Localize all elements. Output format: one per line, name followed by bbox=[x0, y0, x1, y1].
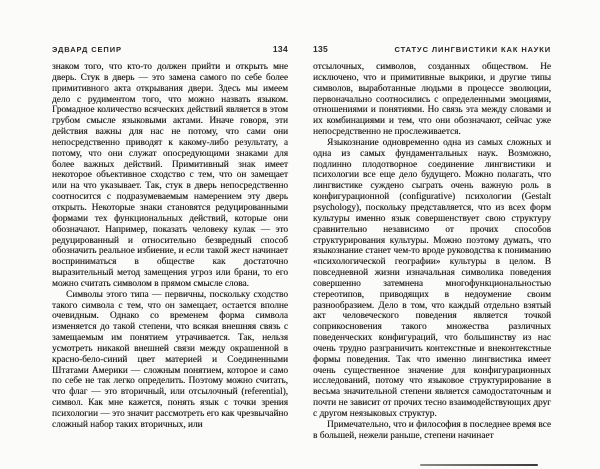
page-right: 135 СТАТУС ЛИНГВИСТИКИ КАК НАУКИ отсылоч… bbox=[313, 0, 551, 469]
text-column-left: знаком того, что кто-то должен прийти и … bbox=[52, 62, 288, 431]
book-spread: ЭДВАРД СЕПИР 134 знаком того, что кто-то… bbox=[0, 0, 600, 469]
text-column-right: отсылочных, символов, созданных общество… bbox=[313, 62, 551, 442]
paragraph: Языкознание одновременно одна из самых с… bbox=[313, 138, 551, 420]
page-left: ЭДВАРД СЕПИР 134 знаком того, что кто-то… bbox=[52, 0, 288, 469]
paragraph: Примечательно, что и философия в последн… bbox=[313, 420, 551, 442]
running-head-left: ЭДВАРД СЕПИР 134 bbox=[52, 44, 288, 54]
page-number-right: 135 bbox=[313, 44, 328, 54]
page-number-left: 134 bbox=[273, 44, 288, 54]
running-head-author: ЭДВАРД СЕПИР bbox=[52, 45, 122, 54]
paragraph: отсылочных, символов, созданных общество… bbox=[313, 62, 551, 138]
running-head-right: 135 СТАТУС ЛИНГВИСТИКИ КАК НАУКИ bbox=[313, 44, 551, 54]
running-head-chapter: СТАТУС ЛИНГВИСТИКИ КАК НАУКИ bbox=[394, 45, 551, 54]
scan-artifact-line bbox=[420, 464, 538, 466]
paragraph: знаком того, что кто-то должен прийти и … bbox=[52, 62, 288, 290]
paragraph: Символы этого типа — первичны, поскольку… bbox=[52, 290, 288, 431]
